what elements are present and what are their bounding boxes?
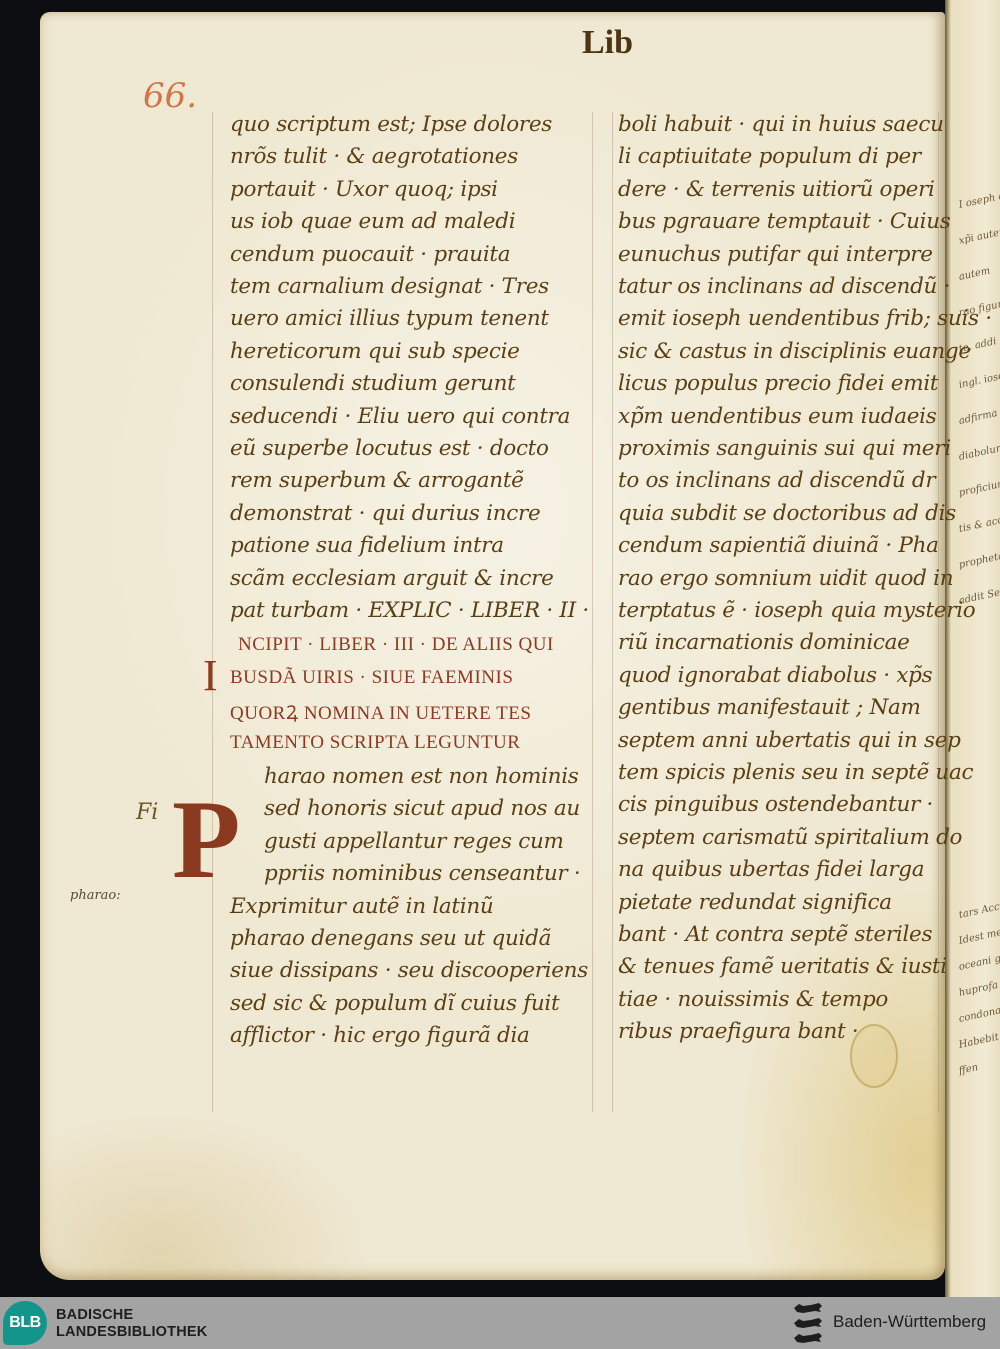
text-line: quod ignorabat diabolus · xp̃s bbox=[618, 663, 932, 688]
text-line: sed sic & populum dĩ cuius fuit bbox=[230, 991, 559, 1016]
text-line: cendum puocauit · prauita bbox=[230, 242, 510, 267]
text-line: & tenues famẽ ueritatis & iusti bbox=[618, 954, 947, 979]
library-name: BADISCHE LANDESBIBLIOTHEK bbox=[56, 1307, 207, 1341]
next-folio-text: prophetas bbox=[958, 550, 1000, 571]
text-line: consulendi studium gerunt bbox=[230, 371, 515, 396]
ruling-line bbox=[212, 112, 213, 1112]
text-line: cendum sapientiã diuinã · Pha bbox=[618, 533, 939, 558]
text-line: hereticorum qui sub specie bbox=[230, 339, 520, 364]
next-folio-text: I oseph autem bbox=[958, 185, 1000, 211]
text-line: rem superbum & arrogantẽ bbox=[230, 468, 524, 493]
text-line: seducendi · Eliu uero qui contra bbox=[230, 404, 570, 429]
text-line: tem spicis plenis seu in septẽ uac bbox=[618, 760, 973, 785]
text-line: bant · At contra septẽ steriles bbox=[618, 922, 932, 947]
manuscript-viewer[interactable]: I oseph autemxp̃i autemautemrao figuratt… bbox=[0, 0, 1000, 1297]
left-column: quo scriptum est; Ipse doloresnrõs tulit… bbox=[230, 112, 600, 1102]
rubric-line: NCIPIT · LIBER · III · DE ALIIS QUI bbox=[238, 634, 554, 656]
library-name-line2: LANDESBIBLIOTHEK bbox=[56, 1324, 207, 1341]
text-line: portauit · Uxor quoq; ipsi bbox=[230, 177, 498, 202]
rubric-initial: I bbox=[203, 650, 218, 701]
text-line: siue dissipans · seu discooperiens bbox=[230, 958, 588, 983]
next-folio-text: huprofa bbox=[958, 980, 999, 999]
text-line: sed honoris sicut apud nos au bbox=[264, 796, 580, 821]
text-line: scãm ecclesiam arguit & incre bbox=[230, 566, 554, 591]
text-line: afflictor · hic ergo figurã dia bbox=[230, 1023, 530, 1048]
next-folio-text: tis & accipe bbox=[958, 512, 1000, 535]
next-folio-text: Idest mellem bbox=[958, 922, 1000, 946]
ruling-line bbox=[612, 112, 613, 1112]
text-line: na quibus ubertas fidei larga bbox=[618, 857, 924, 882]
text-line: eũ superbe locutus est · docto bbox=[230, 436, 549, 461]
text-line: rao ergo somnium uidit quod in bbox=[618, 566, 953, 591]
text-line: quo scriptum est; Ipse dolores bbox=[230, 112, 552, 137]
text-line: cis pinguibus ostendebantur · bbox=[618, 792, 933, 817]
text-line: uero amici illius typum tenent bbox=[230, 306, 549, 331]
text-line: septem carismatũ spiritalium do bbox=[618, 825, 962, 850]
folio-number: 66. bbox=[143, 76, 197, 116]
lions-coat-of-arms-icon bbox=[791, 1300, 825, 1346]
manuscript-folio: 66. Lib quo scriptum est; Ipse doloresnr… bbox=[40, 12, 945, 1280]
next-folio-text: diabolum bbox=[958, 442, 1000, 463]
rubric-line: QUORꝜ NOMINA IN UETERE TES bbox=[230, 699, 531, 725]
text-line: patione sua fidelium intra bbox=[230, 533, 504, 558]
text-line: quia subdit se doctoribus ad dis bbox=[618, 501, 956, 526]
next-folio-text: ffen bbox=[958, 1062, 979, 1077]
text-line: to os inclinans ad discendũ dr bbox=[618, 468, 935, 493]
text-line: tatur os inclinans ad discendũ · bbox=[618, 274, 950, 299]
text-line: emit ioseph uendentibus frib; suis · bbox=[618, 306, 992, 331]
next-folio-text: proficiunt bbox=[958, 478, 1000, 499]
text-line: boli habuit · qui in huius saecu bbox=[618, 112, 944, 137]
rubric-line: BUSDÃ UIRIS · SIUE FAEMINIS bbox=[230, 667, 513, 689]
text-line: terptatus ẽ · ioseph quia mysterio bbox=[618, 598, 975, 623]
text-line: pat turbam · EXPLIC · LIBER · II · bbox=[230, 598, 589, 623]
margin-chapter-mark: Fi bbox=[136, 800, 158, 825]
text-line: proximis sanguinis sui qui meri bbox=[618, 436, 951, 461]
text-line: pharao denegans seu ut quidã bbox=[230, 926, 551, 951]
text-line: gentibus manifestauit ; Nam bbox=[618, 695, 921, 720]
text-line: sic & castus in disciplinis euange bbox=[618, 339, 971, 364]
text-line: demonstrat · qui durius incre bbox=[230, 501, 540, 526]
text-line: septem anni ubertatis qui in sep bbox=[618, 728, 961, 753]
text-line: dere · & terrenis uitiorũ operi bbox=[618, 177, 935, 202]
next-folio-text: xp̃i autem bbox=[958, 226, 1000, 247]
text-line: riũ incarnationis dominicae bbox=[618, 630, 910, 655]
next-folio-text: ingl. ioseph bbox=[958, 368, 1000, 391]
blb-logo[interactable]: BLB bbox=[3, 1301, 47, 1345]
text-line: pietate redundat significa bbox=[618, 890, 892, 915]
text-line: ppriis nominibus censeantur · bbox=[264, 861, 580, 886]
footer-bar: BLB BADISCHE LANDESBIBLIOTHEK Baden-Würt… bbox=[0, 1297, 1000, 1349]
right-column: boli habuit · qui in huius saeculi capti… bbox=[618, 112, 948, 1102]
library-name-line1: BADISCHE bbox=[56, 1307, 207, 1324]
text-line: licus populus precio fidei emit bbox=[618, 371, 938, 396]
text-line: bus pgrauare temptauit · Cuius bbox=[618, 209, 951, 234]
text-line: eunuchus putifar qui interpre bbox=[618, 242, 933, 267]
next-folio-text: adfirma bbox=[958, 408, 999, 427]
text-line: nrõs tulit · & aegrotationes bbox=[230, 144, 518, 169]
next-folio-text: autem bbox=[958, 266, 991, 283]
next-folio-text: condonato bbox=[958, 1003, 1000, 1025]
rubric-line: TAMENTO SCRIPTA LEGUNTUR bbox=[230, 732, 520, 754]
text-line: tiae · nouissimis & tempo bbox=[618, 987, 888, 1012]
parchment-stain bbox=[850, 1024, 898, 1088]
text-line: harao nomen est non hominis bbox=[264, 764, 579, 789]
text-line: xp̃m uendentibus eum iudaeis bbox=[618, 404, 936, 429]
chapter-initial: P bbox=[172, 784, 240, 896]
text-line: tem carnalium designat · Tres bbox=[230, 274, 549, 299]
text-line: us iob quae eum ad maledi bbox=[230, 209, 515, 234]
margin-gloss: pharao: bbox=[70, 888, 121, 903]
state-name[interactable]: Baden-Württemberg bbox=[833, 1312, 986, 1332]
next-folio-text: oceani grandi bbox=[958, 948, 1000, 973]
text-line: Exprimitur autẽ in latinũ bbox=[230, 894, 493, 919]
text-line: gusti appellantur reges cum bbox=[264, 829, 564, 854]
next-folio-text: Habebit bbox=[958, 1032, 1000, 1051]
next-folio-edge: I oseph autemxp̃i autemautemrao figuratt… bbox=[945, 0, 1000, 1297]
running-head: Lib bbox=[582, 24, 633, 62]
text-line: li captiuitate populum di per bbox=[618, 144, 921, 169]
text-line: ribus praefigura bant · bbox=[618, 1019, 858, 1044]
next-folio-text: tars Accipe bbox=[958, 898, 1000, 921]
